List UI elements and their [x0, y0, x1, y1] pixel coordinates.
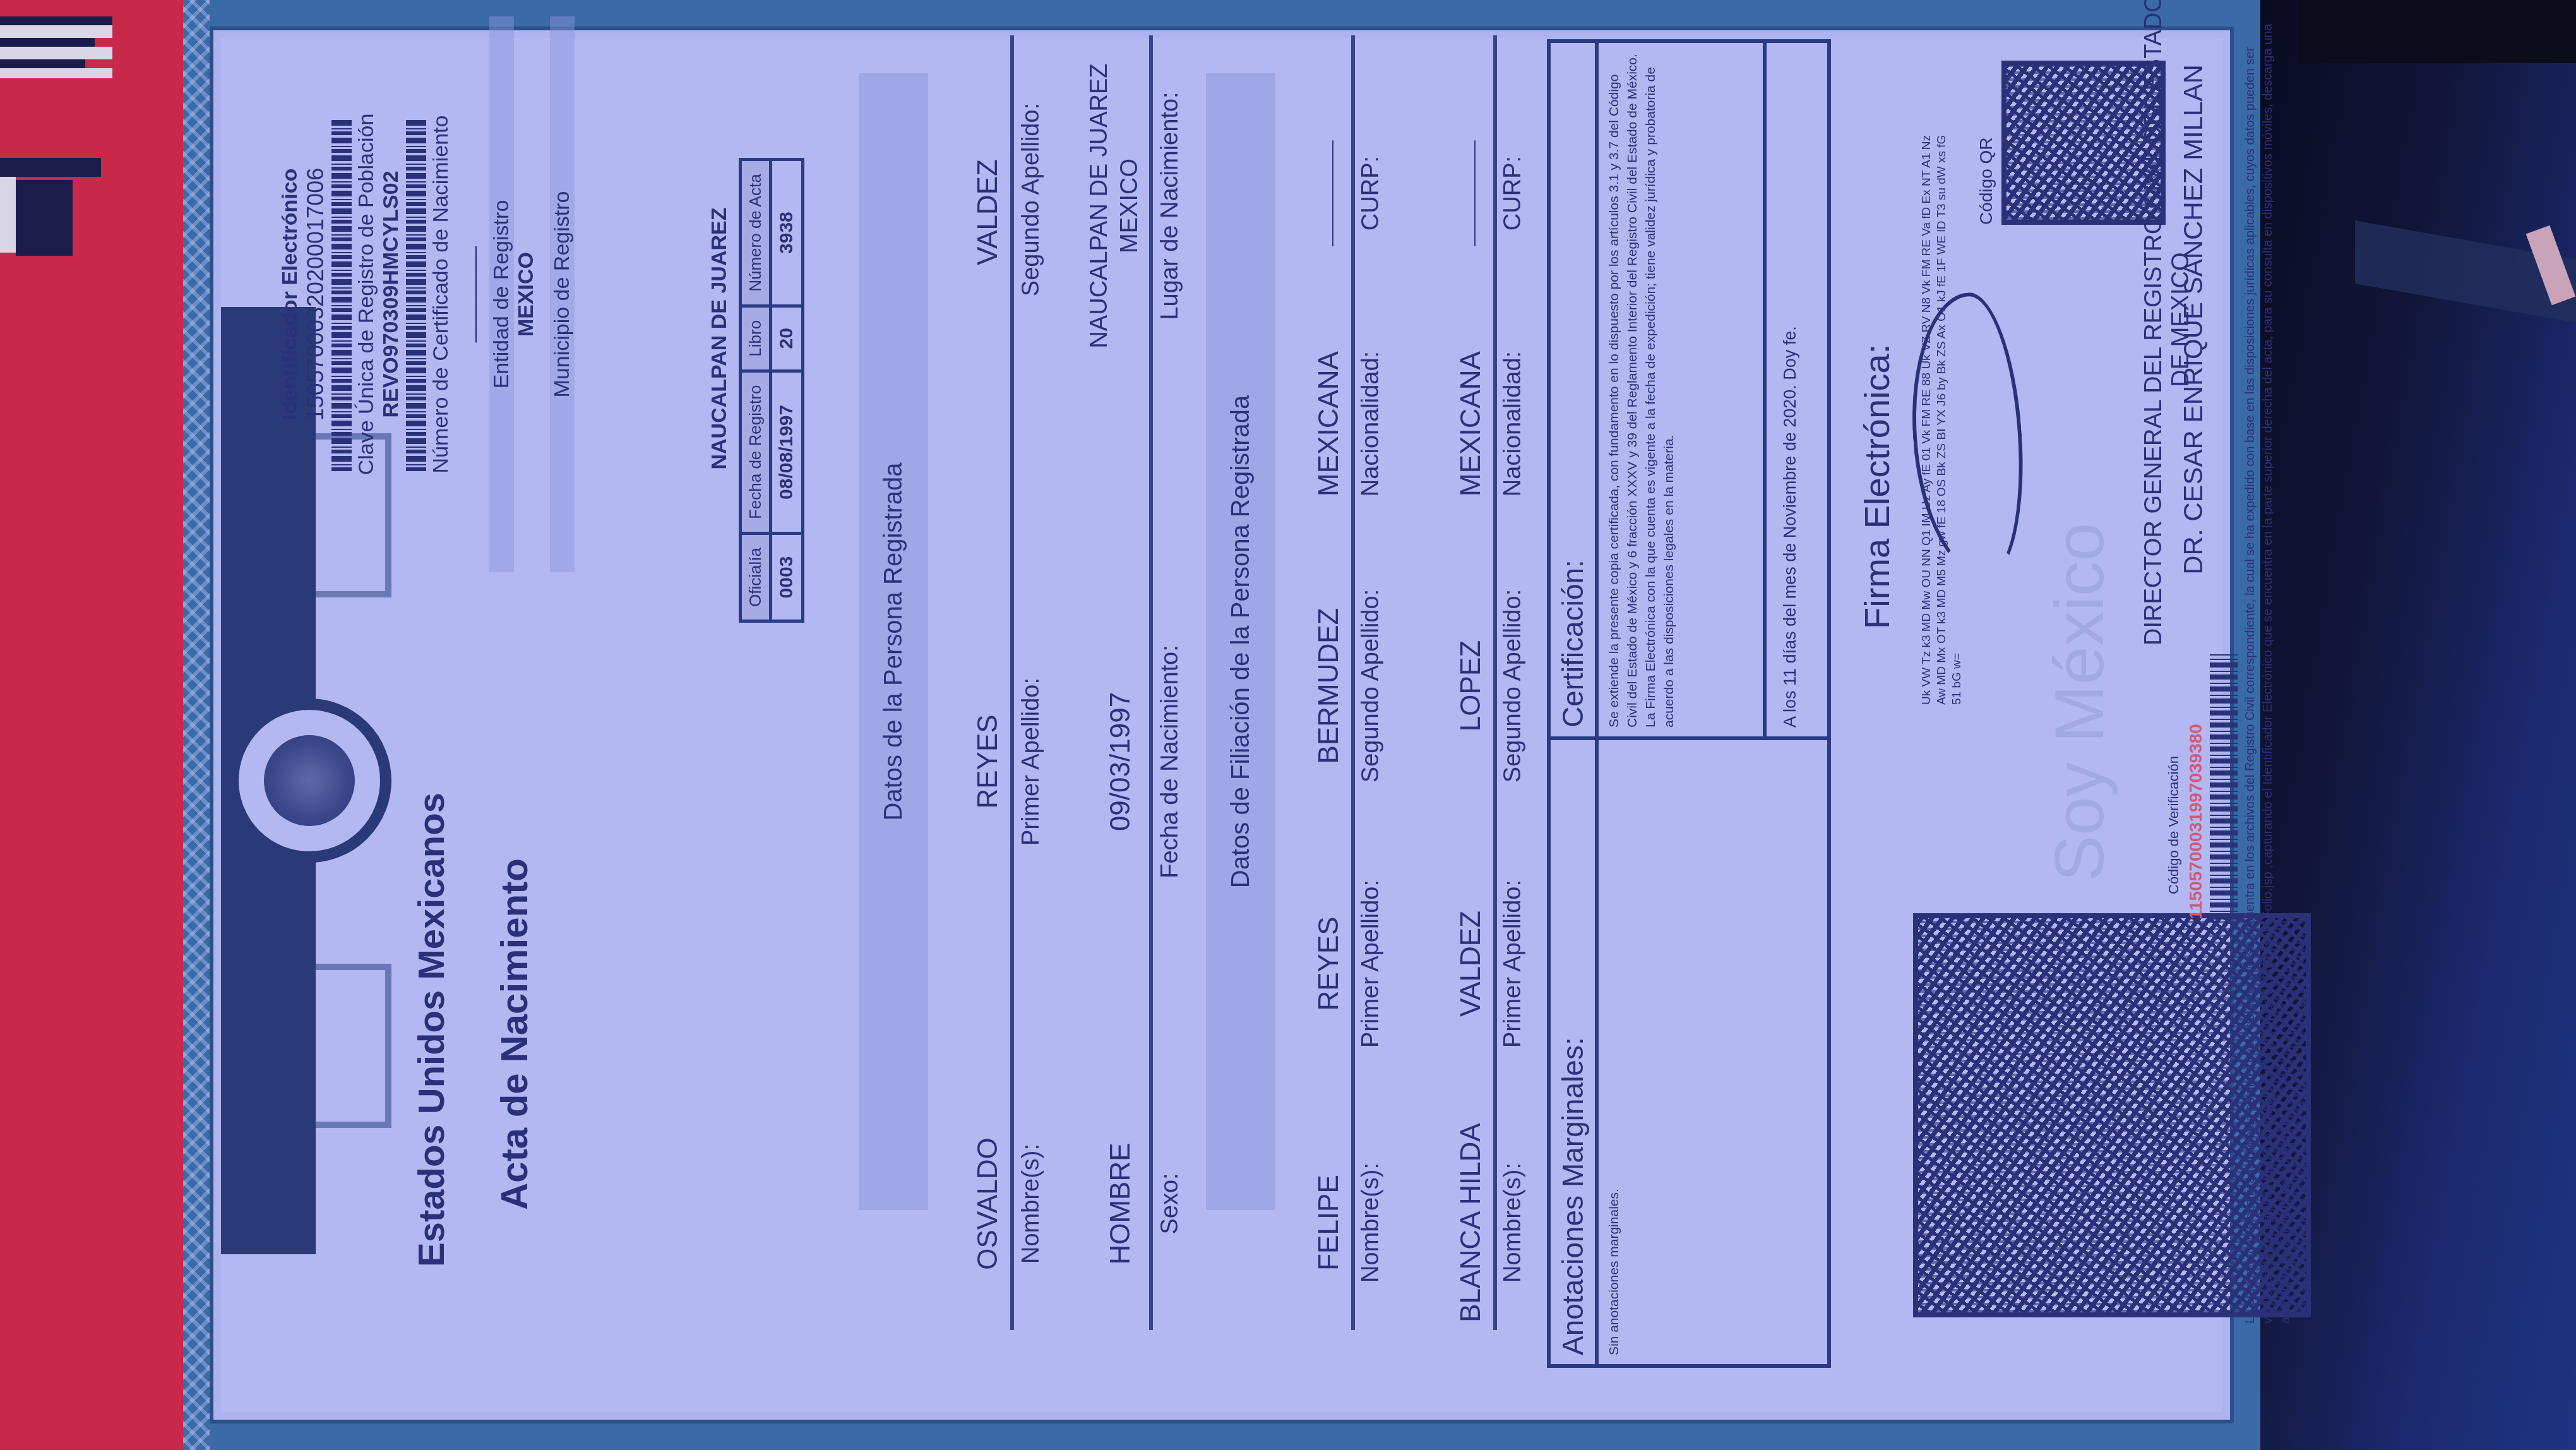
madre-primer-apellido-label: Primer Apellido:: [1500, 856, 1527, 1071]
curp-label: Clave Única de Registro de Población: [354, 16, 379, 572]
padre-nombre: FELIPE: [1313, 1128, 1345, 1317]
persona-primer-apellido: REYES: [972, 667, 1004, 856]
persona-fecha-nacimiento: 09/03/1997: [1105, 635, 1136, 888]
madre-nombre: BLANCA HILDA: [1455, 1115, 1487, 1330]
curp-value: REVO970309HMCYLS02: [379, 16, 403, 572]
value-oficialia: 0003: [771, 534, 803, 621]
madre-segundo-apellido: LOPEZ: [1455, 591, 1487, 781]
header-oficialia: Oficialía: [741, 534, 771, 621]
certificado-value: ________: [453, 16, 478, 572]
nombre-label: Nombre(s):: [1018, 1109, 1045, 1298]
certificacion-title: Certificación:: [1551, 43, 1599, 736]
watermark-text: Soy México: [2039, 522, 2120, 882]
entidad-value: MEXICO: [514, 16, 539, 572]
madre-nacionalidad-label: Nacionalidad:: [1500, 320, 1527, 528]
header-libro: Libro: [741, 306, 771, 371]
anotaciones-box: Anotaciones Marginales: Sin anotaciones …: [1547, 736, 1831, 1368]
value-libro: 20: [771, 306, 803, 371]
madre-curp: __________: [1455, 99, 1477, 288]
padre-nombre-label: Nombre(s):: [1357, 1128, 1385, 1317]
header-identifiers: Identificador Electrónico 15057000320200…: [278, 16, 575, 572]
padre-primer-apellido: REYES: [1313, 869, 1345, 1058]
lugar-nacimiento-label: Lugar de Nacimiento:: [1157, 73, 1184, 339]
footer-note: La presente copia certificada del acta e…: [2241, 23, 2294, 1324]
primer-apellido-label: Primer Apellido:: [1018, 667, 1045, 856]
segundo-apellido-label: Segundo Apellido:: [1018, 92, 1045, 307]
value-numero-acta: 3938: [771, 160, 803, 306]
sexo-label: Sexo:: [1157, 1109, 1184, 1298]
persona-section-title: Datos de la Persona Registrada: [859, 73, 928, 1210]
curp-barcode: [406, 117, 426, 471]
certificacion-box: Certificación: Se extiende la presente c…: [1547, 39, 1831, 740]
greca-ornament-left: [316, 964, 391, 1128]
document-title: Acta de Nacimiento: [492, 858, 536, 1210]
coat-of-arms-seal-icon: [227, 698, 391, 863]
registro-table: Oficialía Fecha de Registro Libro Número…: [739, 158, 804, 623]
padre-segundo-apellido: BERMUDEZ: [1313, 591, 1345, 781]
anotaciones-text: Sin anotaciones marginales.: [1599, 740, 1630, 1364]
header-fecha-registro: Fecha de Registro: [741, 371, 771, 533]
fecha-nacimiento-label: Fecha de Nacimiento:: [1157, 635, 1184, 888]
madre-curp-label: CURP:: [1500, 99, 1527, 288]
certificado-label: Número de Certificado de Nacimiento: [429, 16, 453, 572]
persona-lugar-nacimiento-estado: MEXICO: [1116, 42, 1143, 370]
header-numero-acta: Número de Acta: [741, 160, 771, 306]
director-name: DR. CESAR ENRIQUE SANCHEZ MILLAN: [2178, 0, 2209, 654]
verificacion-barcode: [2210, 654, 2238, 920]
padre-primer-apellido-label: Primer Apellido:: [1357, 856, 1385, 1071]
filiacion-section-title: Datos de Filiación de la Persona Registr…: [1206, 73, 1275, 1210]
entidad-label: Entidad de Registro: [489, 16, 514, 572]
municipio-value: NAUCALPAN DE JUAREZ: [707, 54, 732, 623]
persona-lugar-nacimiento-municipio: NAUCALPAN DE JUAREZ: [1086, 42, 1113, 370]
identificador-value: 15057000320200017006: [302, 16, 329, 572]
anotaciones-title: Anotaciones Marginales:: [1551, 740, 1599, 1364]
madre-nacionalidad: MEXICANA: [1455, 320, 1487, 528]
value-fecha-registro: 08/08/1997: [771, 371, 803, 533]
padre-segundo-apellido-label: Segundo Apellido:: [1357, 572, 1385, 800]
madre-segundo-apellido-label: Segundo Apellido:: [1500, 572, 1527, 800]
verificacion-code: 11505700031997039380: [2186, 724, 2206, 920]
certificacion-text: Se extiende la presente copia certificad…: [1599, 43, 1767, 736]
municipio-label: Municipio de Registro: [550, 16, 575, 572]
qr-label: Código QR: [1976, 137, 1996, 225]
persona-segundo-apellido: VALDEZ: [972, 117, 1004, 307]
identificador-label: Identificador Electrónico: [278, 16, 302, 572]
background-red-object: [0, 0, 183, 1450]
verificacion-label: Código de Verificación: [2166, 756, 2182, 894]
padre-curp-label: CURP:: [1357, 99, 1385, 288]
padre-nacionalidad: MEXICANA: [1313, 320, 1345, 528]
madre-nombre-label: Nombre(s):: [1500, 1128, 1527, 1317]
firma-title: Firma Electrónica:: [1856, 344, 1897, 629]
certificacion-fecha: A los 11 días del mes de Noviembre de 20…: [1767, 43, 1814, 736]
padre-nacionalidad-label: Nacionalidad:: [1357, 320, 1385, 528]
padre-curp: __________: [1313, 99, 1335, 288]
persona-sexo: HOMBRE: [1105, 1109, 1136, 1298]
persona-nombre: OSVALDO: [972, 1109, 1004, 1298]
country-title: Estados Unidos Mexicanos: [410, 793, 453, 1267]
identificador-barcode: [331, 117, 352, 471]
birth-certificate-document: Estados Unidos Mexicanos Acta de Nacimie…: [183, 0, 2260, 1450]
madre-primer-apellido: VALDEZ: [1455, 869, 1487, 1058]
